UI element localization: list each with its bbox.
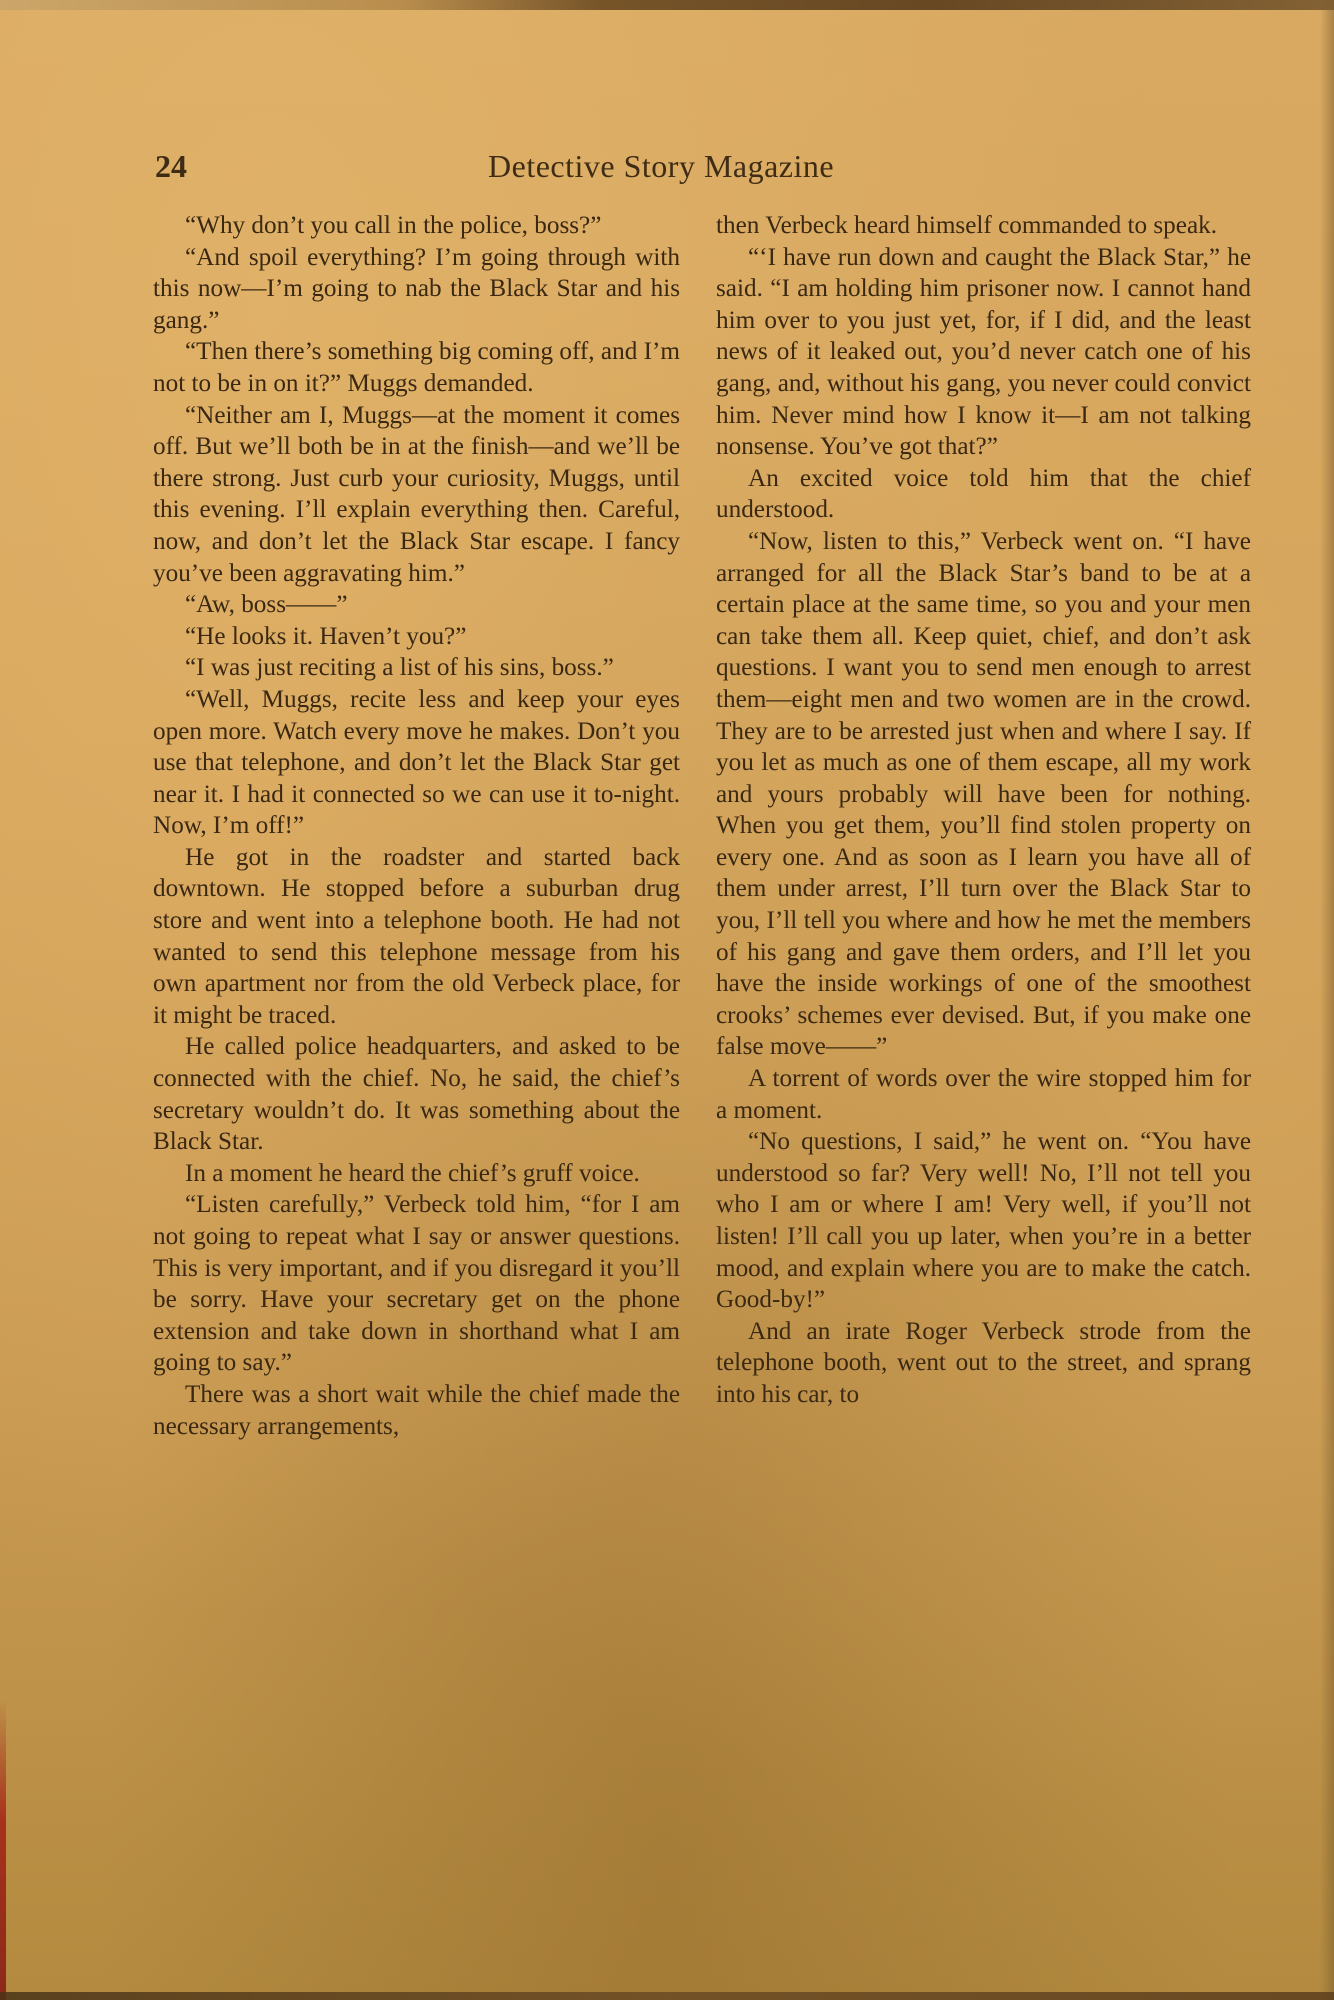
paragraph: He got in the roadster and started back …	[153, 842, 680, 1032]
paragraph: “Why don’t you call in the police, boss?…	[153, 210, 680, 242]
page-bottom-edge	[0, 1992, 1334, 2000]
page-left-edge	[0, 1700, 6, 2000]
right-column: then Verbeck heard himself commanded to …	[716, 210, 1251, 1411]
paragraph: There was a short wait while the chief m…	[153, 1379, 680, 1442]
magazine-page: 24 Detective Story Magazine “Why don’t y…	[0, 0, 1334, 2000]
paragraph: An excited voice told him that the chief…	[716, 463, 1251, 526]
paragraph: “I was just reciting a list of his sins,…	[153, 652, 680, 684]
paragraph: He called police headquarters, and asked…	[153, 1031, 680, 1157]
paragraph: “Listen carefully,” Verbeck told him, “f…	[153, 1189, 680, 1379]
page-number: 24	[155, 148, 187, 185]
paragraph: “Well, Muggs, recite less and keep your …	[153, 684, 680, 842]
paragraph: “Neither am I, Muggs—at the moment it co…	[153, 400, 680, 590]
paragraph: And an irate Roger Verbeck strode from t…	[716, 1316, 1251, 1411]
paragraph: “He looks it. Haven’t you?”	[153, 621, 680, 653]
paragraph: “Then there’s something big coming off, …	[153, 336, 680, 399]
running-head: 24 Detective Story Magazine	[155, 148, 1255, 192]
page-top-edge	[0, 0, 1334, 10]
paragraph: “Aw, boss——”	[153, 589, 680, 621]
paragraph: “And spoil everything? I’m going through…	[153, 242, 680, 337]
paragraph: “‘I have run down and caught the Black S…	[716, 242, 1251, 463]
paragraph: “Now, listen to this,” Verbeck went on. …	[716, 526, 1251, 1063]
paragraph: A torrent of words over the wire stopped…	[716, 1063, 1251, 1126]
paragraph: In a moment he heard the chief’s gruff v…	[153, 1158, 680, 1190]
magazine-title: Detective Story Magazine	[488, 148, 834, 185]
paragraph-continuation: then Verbeck heard himself commanded to …	[716, 210, 1251, 242]
left-column: “Why don’t you call in the police, boss?…	[153, 210, 680, 1442]
paragraph: “No questions, I said,” he went on. “You…	[716, 1126, 1251, 1316]
page-right-edge	[1320, 0, 1334, 2000]
